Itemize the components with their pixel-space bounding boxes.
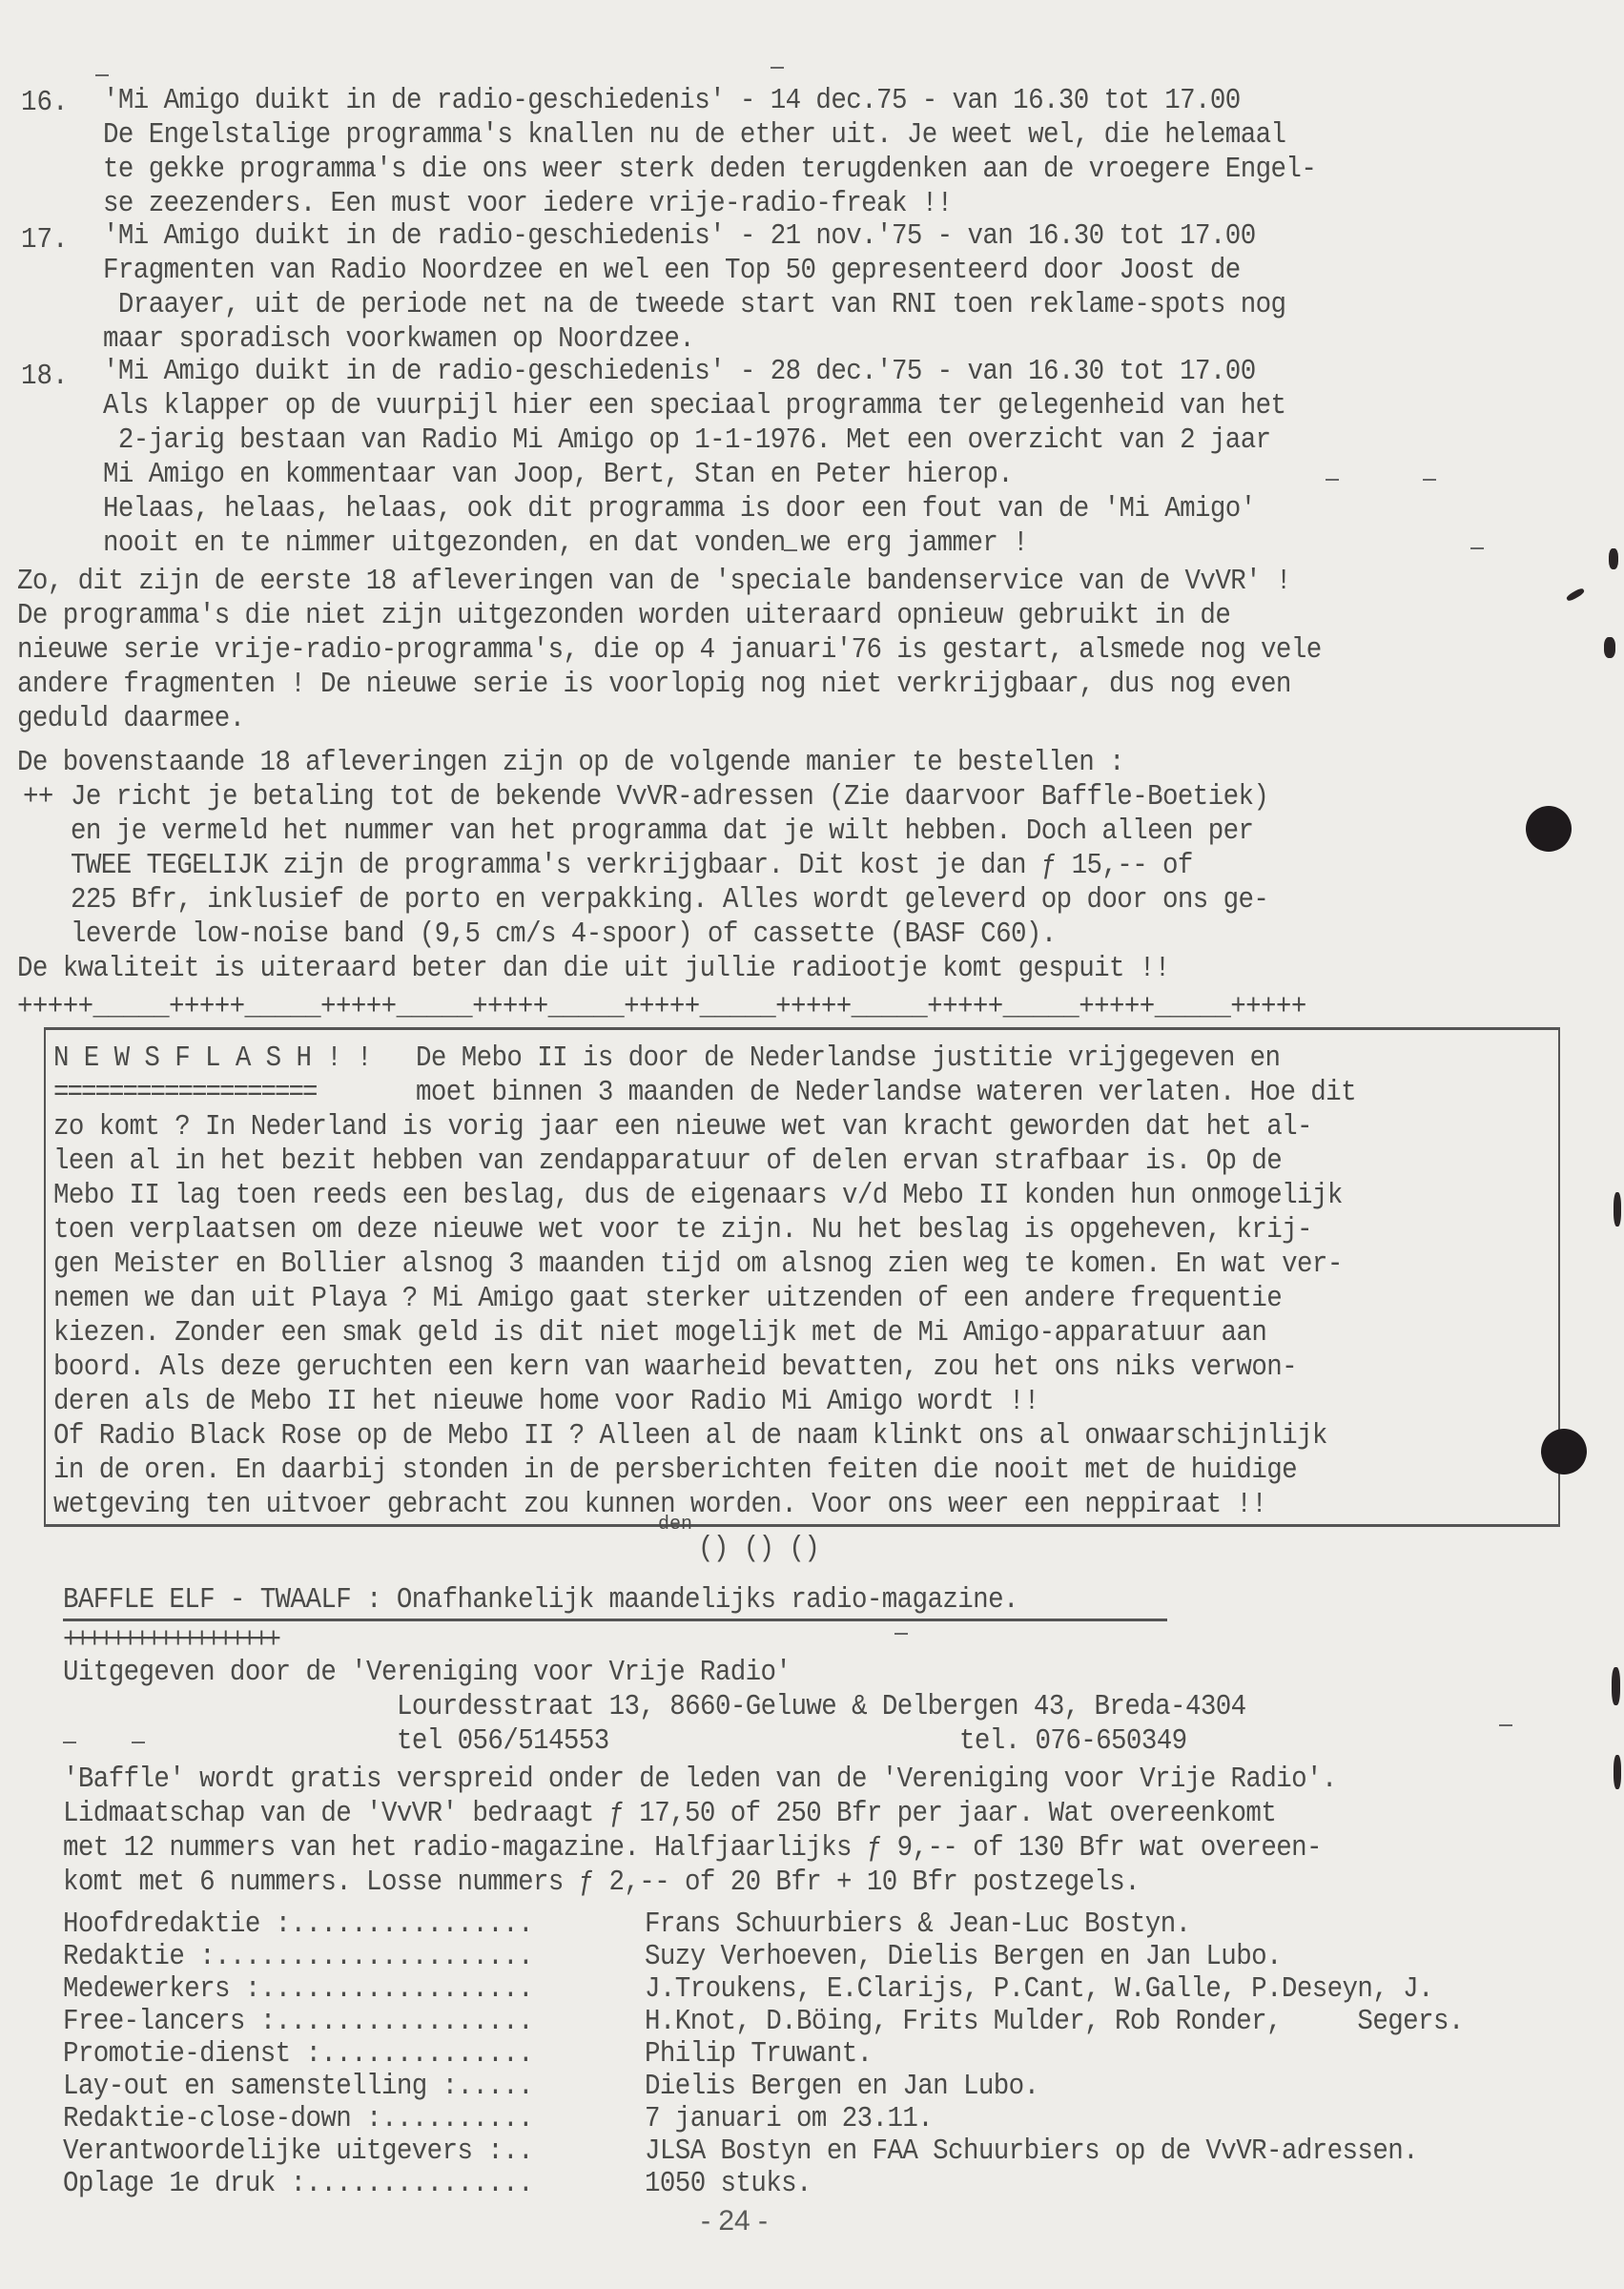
paper-damage [1609, 548, 1618, 569]
episode-text: 2-jarig bestaan van Radio Mi Amigo op 1-… [103, 422, 1271, 460]
colophon-title: BAFFLE ELF - TWAALF : Onafhankelijk maan… [63, 1581, 1018, 1619]
episode-number: 18. [21, 358, 69, 396]
binder-hole [1526, 806, 1572, 852]
newsflash-text: nemen we dan uit Playa ? Mi Amigo gaat s… [53, 1280, 1282, 1318]
newsflash-text: boord. Als deze geruchten een kern van w… [53, 1349, 1297, 1387]
summary-text: geduld daarmee. [17, 700, 245, 738]
paper-damage [1604, 637, 1615, 658]
stray-mark [771, 67, 784, 69]
newsflash-heading: N E W S F L A S H ! ! [53, 1040, 372, 1078]
stray-mark [1499, 1724, 1512, 1726]
stray-mark [63, 1742, 76, 1743]
tel-left: tel 056/514553 [397, 1722, 609, 1761]
newsflash-text: leen al in het bezit hebben van zendappa… [53, 1143, 1282, 1181]
episode-title: 'Mi Amigo duikt in de radio-geschiedenis… [103, 82, 1241, 120]
ordering-text: leverde low-noise band (9,5 cm/s 4-spoor… [71, 916, 1057, 954]
credit-role: Oplage 1e druk :............... [63, 2165, 533, 2203]
newsflash-text: in de oren. En daarbij stonden in de per… [53, 1452, 1297, 1490]
episode-text: De Engelstalige programma's knallen nu d… [103, 116, 1285, 155]
summary-text: nieuwe serie vrije-radio-programma's, di… [17, 631, 1322, 670]
newsflash-text: De Mebo II is door de Nederlandse justit… [416, 1040, 1280, 1078]
paper-damage [1566, 587, 1586, 602]
newsflash-text: deren als de Mebo II het nieuwe home voo… [53, 1383, 1039, 1421]
paper-damage [1612, 1667, 1620, 1705]
stray-mark [784, 549, 797, 551]
stray-mark [95, 74, 109, 76]
paper-damage [1614, 1192, 1621, 1227]
section-divider: () () () [698, 1530, 819, 1568]
membership-text: 'Baffle' wordt gratis verspreid onder de… [63, 1761, 1337, 1799]
episode-text: te gekke programma's die ons weer sterk … [103, 151, 1316, 189]
summary-text: De programma's die niet zijn uitgezonden… [17, 597, 1230, 635]
stray-mark [1326, 479, 1339, 481]
newsflash-text: zo komt ? In Nederland is vorig jaar een… [53, 1108, 1312, 1146]
membership-text: met 12 nummers van het radio-magazine. H… [63, 1829, 1322, 1867]
episode-text: Als klapper op de vuurpijl hier een spec… [103, 387, 1285, 425]
stray-mark [1470, 547, 1484, 549]
summary-text: andere fragmenten ! De nieuwe serie is v… [17, 666, 1291, 704]
newsflash-text: kiezen. Zonder een smak geld is dit niet… [53, 1314, 1266, 1352]
ordering-text: 225 Bfr, inklusief de porto en verpakkin… [71, 881, 1268, 919]
tel-right: tel. 076-650349 [959, 1722, 1187, 1761]
separator-line: +++++_____+++++_____+++++_____+++++_____… [17, 988, 1306, 1026]
episode-text: Mi Amigo en kommentaar van Joop, Bert, S… [103, 456, 1013, 494]
newsflash-heading-rule: =================== [53, 1074, 317, 1112]
publisher-line: Uitgegeven door de 'Vereniging voor Vrij… [63, 1654, 791, 1692]
episode-text: Helaas, helaas, helaas, ook dit programm… [103, 490, 1256, 528]
newsflash-text: Of Radio Black Rose op de Mebo II ? Alle… [53, 1417, 1327, 1455]
ordering-bullet: ++ [23, 778, 53, 816]
page-number: - 24 - [701, 2205, 768, 2237]
newsflash-text: moet binnen 3 maanden de Nederlandse wat… [416, 1074, 1356, 1112]
newsflash-text: gen Meister en Bollier alsnog 3 maanden … [53, 1246, 1343, 1284]
stray-mark [132, 1742, 145, 1743]
episode-text: nooit en te nimmer uitgezonden, en dat v… [103, 525, 1028, 563]
binder-hole [1541, 1429, 1587, 1474]
ordering-text: en je vermeld het nummer van het program… [71, 813, 1253, 851]
stray-mark [894, 1633, 908, 1635]
episode-number: 16. [21, 84, 69, 122]
episode-text: Fragmenten van Radio Noordzee en wel een… [103, 252, 1241, 290]
episode-text: Draayer, uit de periode net na de tweede… [103, 286, 1285, 324]
membership-text: Lidmaatschap van de 'VvVR' bedraagt ƒ 17… [63, 1795, 1276, 1833]
newsflash-correction: den [658, 1515, 692, 1536]
summary-text: Zo, dit zijn de eerste 18 afleveringen v… [17, 563, 1291, 601]
paper-damage [1614, 1755, 1621, 1789]
ordering-intro: De bovenstaande 18 afleveringen zijn op … [17, 744, 1124, 782]
membership-text: komt met 6 nummers. Losse nummers ƒ 2,--… [63, 1864, 1140, 1902]
ordering-text: Je richt je betaling tot de bekende VvVR… [71, 778, 1268, 816]
credit-names: 1050 stuks. [645, 2165, 812, 2203]
ordering-text: TWEE TEGELIJK zijn de programma's verkri… [71, 847, 1193, 885]
stray-mark [1423, 479, 1436, 481]
address-line: Lourdesstraat 13, 8660-Geluwe & Delberge… [397, 1688, 1246, 1726]
ordering-closing: De kwaliteit is uiteraard beter dan die … [17, 950, 1170, 988]
newsflash-text: toen verplaatsen om deze nieuwe wet voor… [53, 1211, 1312, 1249]
newsflash-text: Mebo II lag toen reeds een beslag, dus d… [53, 1177, 1343, 1215]
document-page: 16. 'Mi Amigo duikt in de radio-geschied… [0, 0, 1624, 2289]
episode-title: 'Mi Amigo duikt in de radio-geschiedenis… [103, 353, 1256, 391]
episode-title: 'Mi Amigo duikt in de radio-geschiedenis… [103, 217, 1256, 256]
episode-number: 17. [21, 221, 69, 259]
